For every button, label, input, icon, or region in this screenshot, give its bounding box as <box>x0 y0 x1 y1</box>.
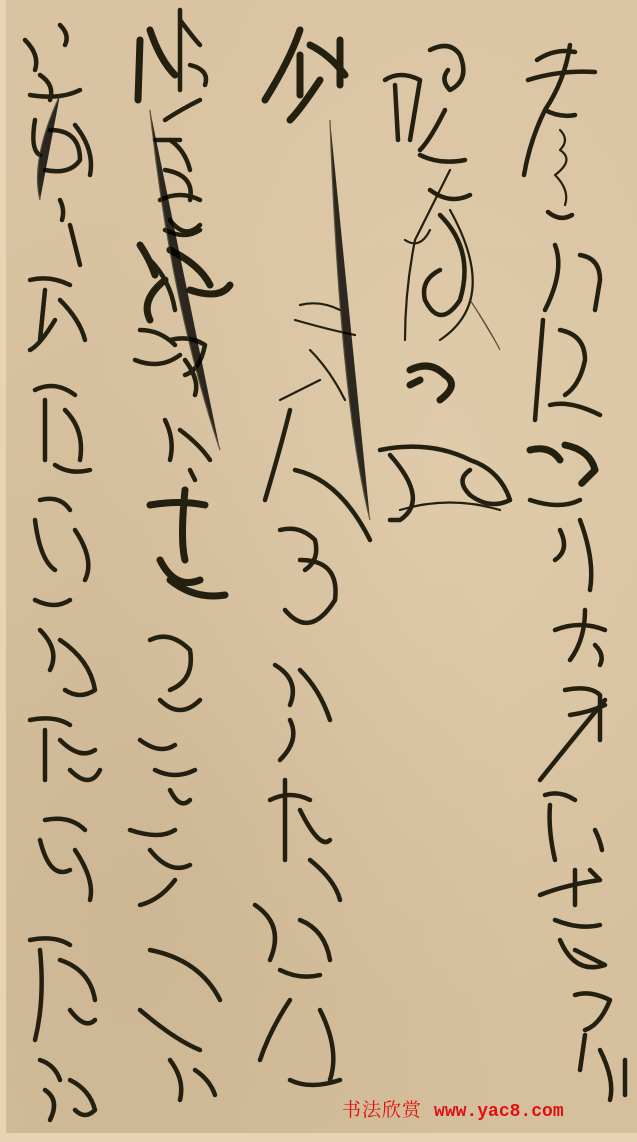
watermark-url: www.yac8.com <box>434 1102 564 1122</box>
artwork-frame: 书法欣赏www.yac8.com <box>0 0 637 1142</box>
watermark-site-name: 书法欣赏 <box>342 1099 422 1121</box>
watermark: 书法欣赏www.yac8.com <box>342 1095 564 1122</box>
column-1 <box>524 45 625 1100</box>
calligraphy-paper <box>6 0 637 1133</box>
column-3 <box>255 30 370 1085</box>
calligraphy-strokes <box>0 0 637 1142</box>
column-6 <box>25 25 100 1120</box>
column-2 <box>380 46 510 520</box>
